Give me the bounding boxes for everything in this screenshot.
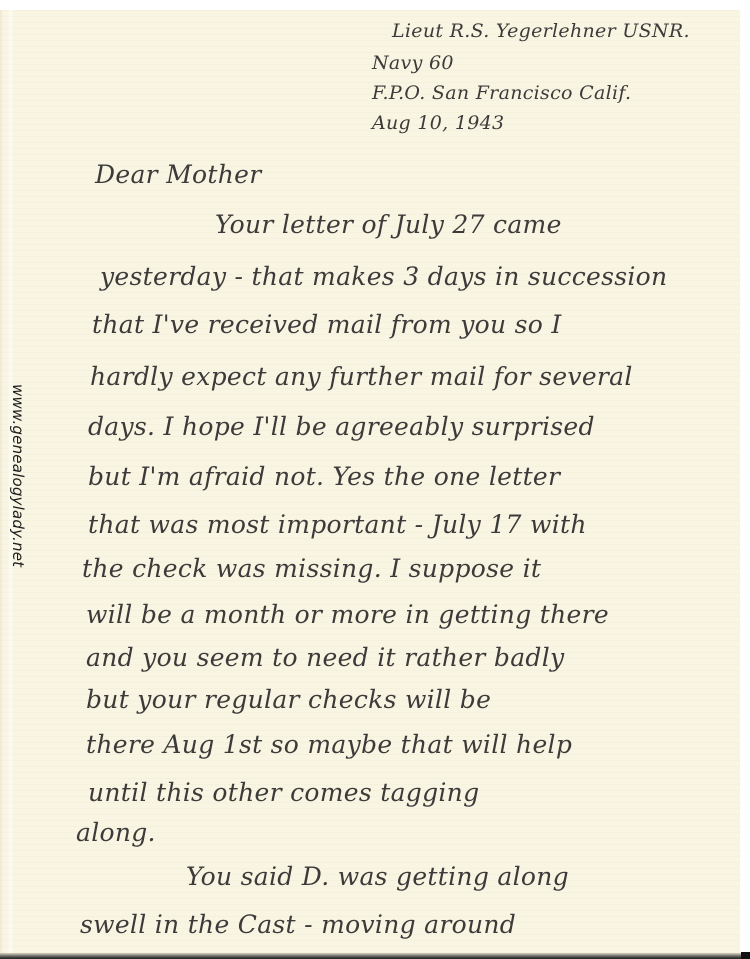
sender-unit: Navy 60 <box>372 52 454 74</box>
letter-line-11: but your regular checks will be <box>86 685 491 714</box>
page-bottom-edge <box>0 953 742 959</box>
letter-line-1: Your letter of July 27 came <box>215 210 562 239</box>
scan-corner-mark <box>741 952 750 959</box>
letter-line-2: yesterday - that makes 3 days in success… <box>100 262 667 291</box>
letter-line-15: You said D. was getting along <box>186 862 569 891</box>
letter-line-13: until this other comes tagging <box>88 778 479 807</box>
letter-line-9: will be a month or more in getting there <box>86 600 609 629</box>
letter-line-6: but I'm afraid not. Yes the one letter <box>88 462 560 491</box>
salutation: Dear Mother <box>95 160 261 189</box>
letter-line-7: that was most important - July 17 with <box>88 510 587 539</box>
sender-name: Lieut R.S. Yegerlehner USNR. <box>392 20 690 42</box>
letter-line-5: days. I hope I'll be agreeably surprised <box>88 412 595 441</box>
letter-line-10: and you seem to need it rather badly <box>86 643 564 672</box>
letter-line-12: there Aug 1st so maybe that will help <box>86 730 572 759</box>
watermark-text: www.genealogylady.net <box>9 384 27 567</box>
letter-line-4: hardly expect any further mail for sever… <box>90 362 633 391</box>
sender-address: F.P.O. San Francisco Calif. <box>372 82 631 104</box>
letter-line-8: the check was missing. I suppose it <box>82 554 541 583</box>
letter-line-3: that I've received mail from you so I <box>92 310 562 339</box>
letter-line-16: swell in the Cast - moving around <box>80 910 516 939</box>
letter-date: Aug 10, 1943 <box>372 112 504 134</box>
letter-line-14: along. <box>76 818 156 847</box>
